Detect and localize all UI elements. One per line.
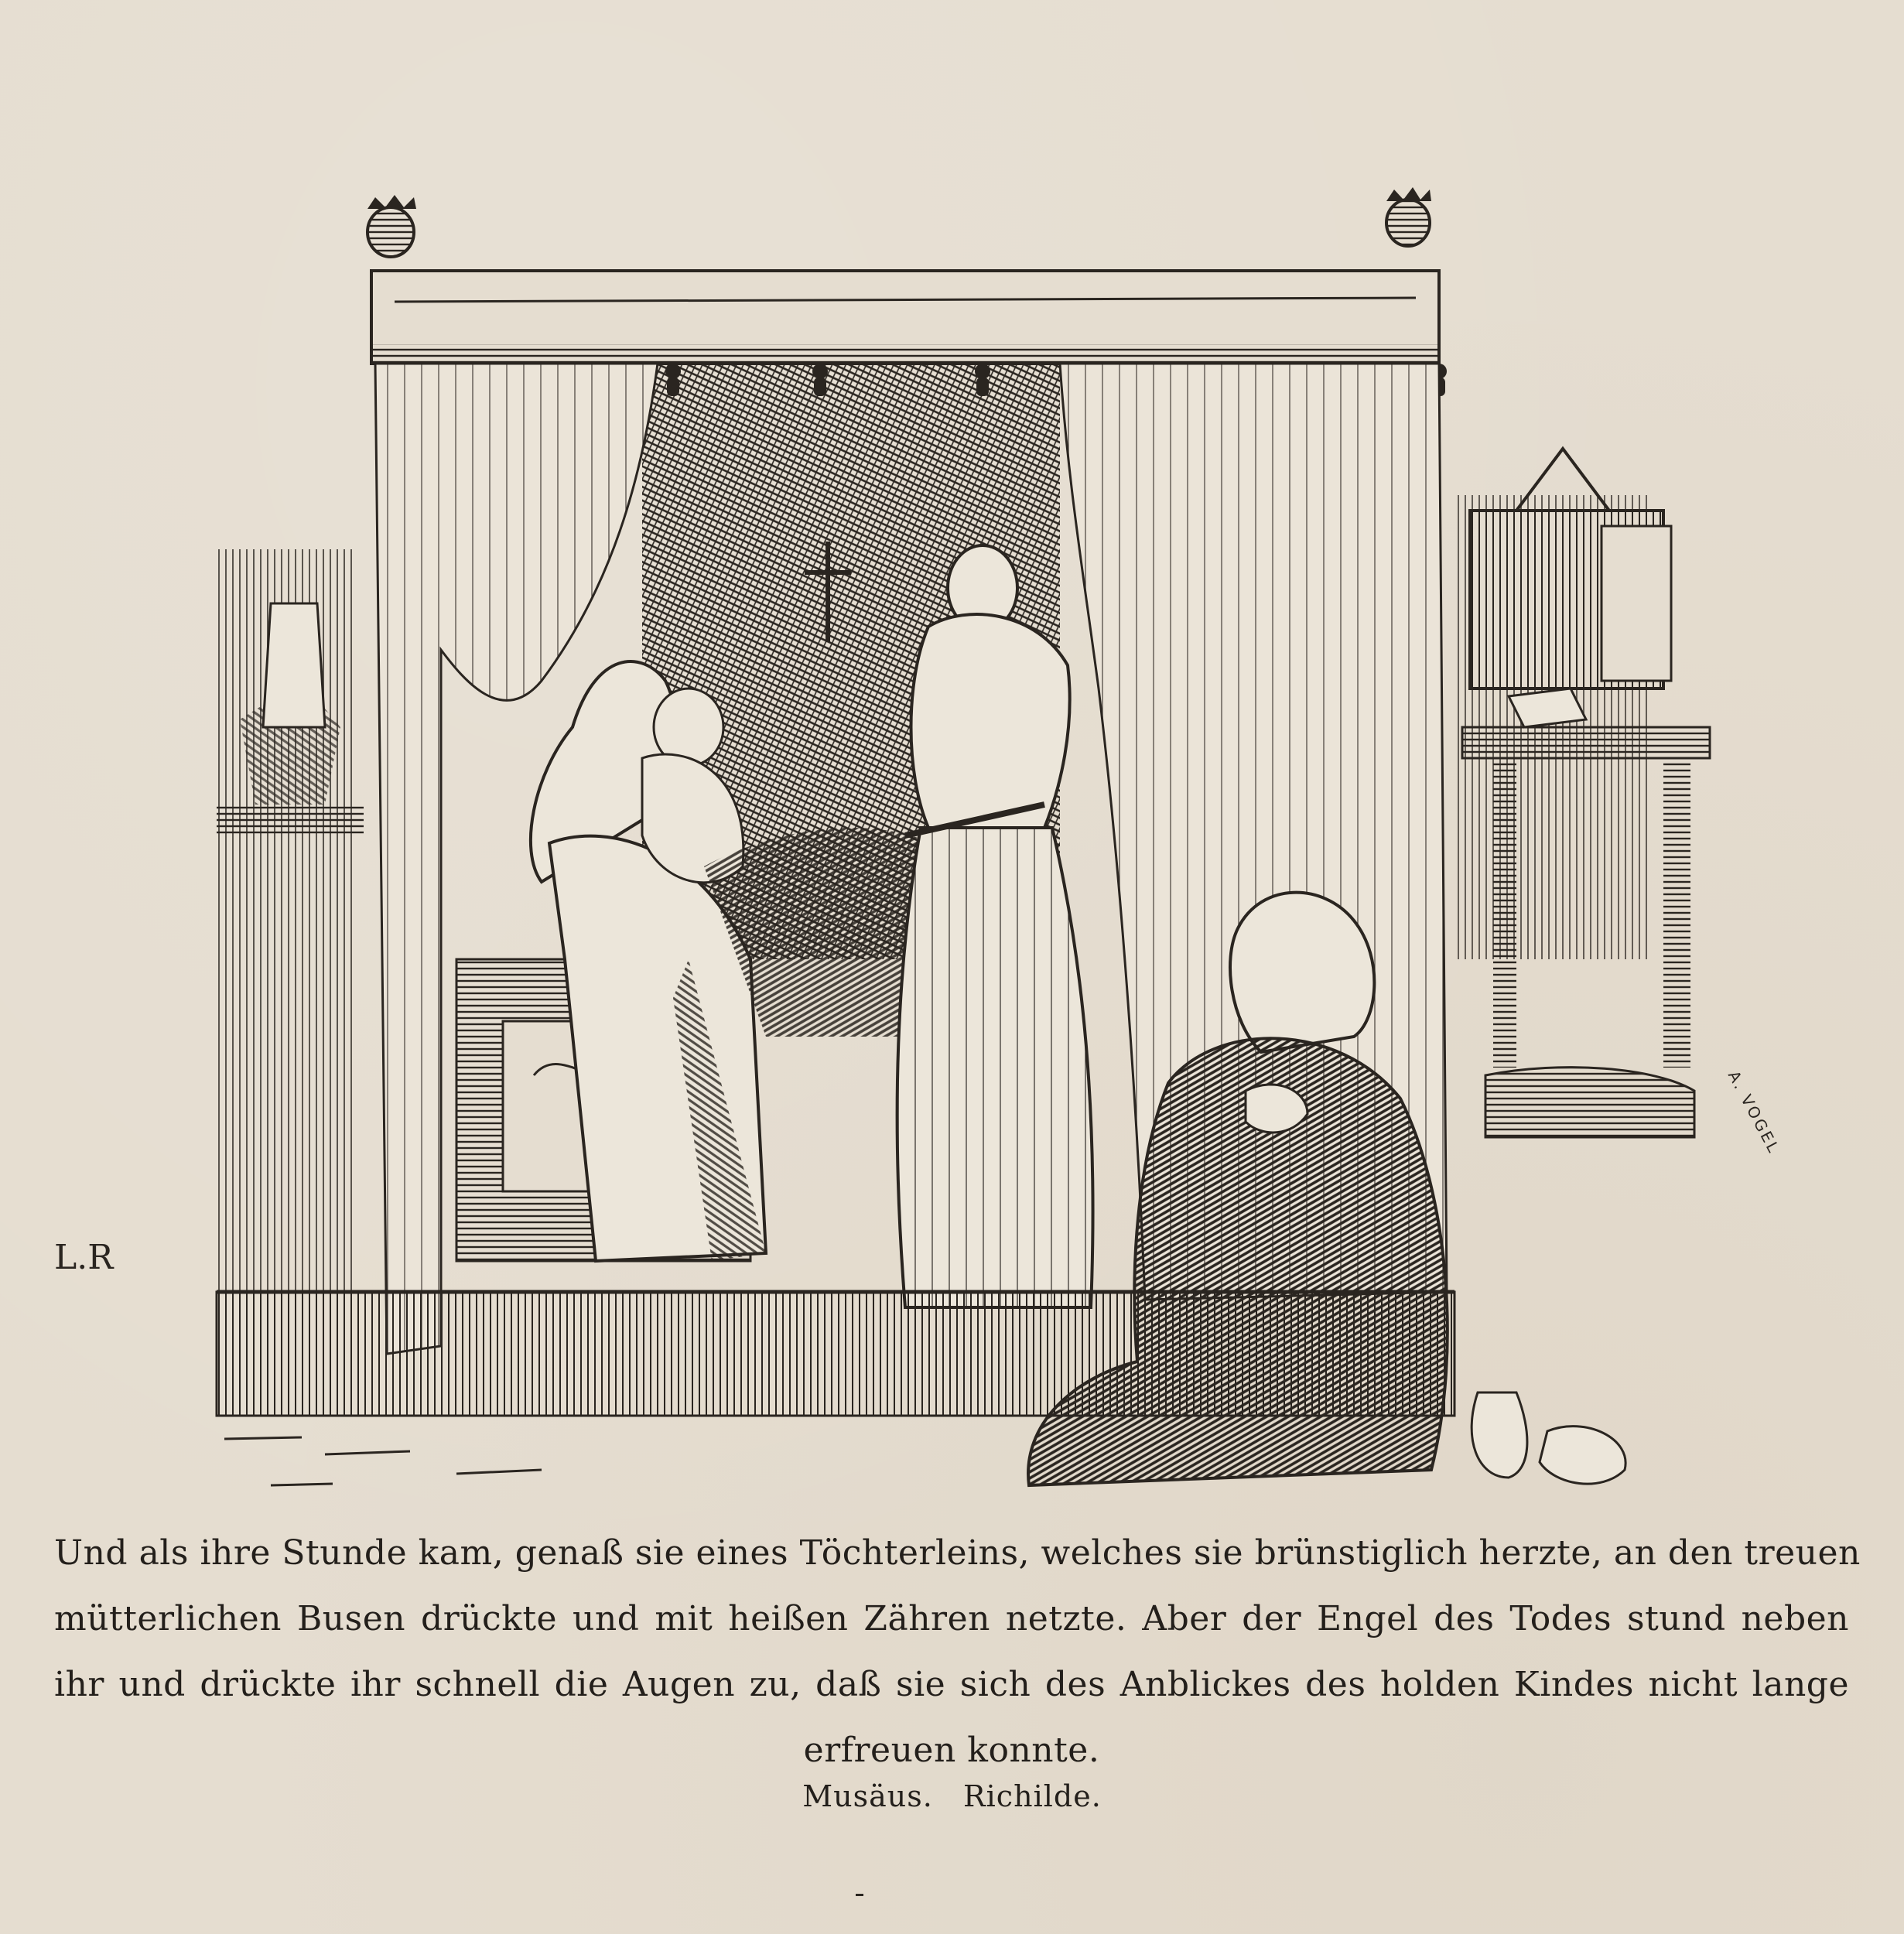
caption-text: Und als ihre Stunde kam, genaß sie eines… [54, 1520, 1849, 1783]
floor-strokes [224, 1437, 542, 1485]
table-leg-right [1663, 758, 1690, 1068]
page-mark-dash [856, 1894, 863, 1896]
altar-table-top [1462, 727, 1710, 758]
caption-line-3: ihr und drückte ihr schnell die Augen zu… [54, 1652, 1849, 1717]
source-attribution: Musäus. Richilde. [0, 1779, 1904, 1813]
wood-engraving-illustration [209, 186, 1834, 1501]
finial-right [1386, 187, 1431, 246]
pitcher [263, 603, 325, 727]
book-page: L.R A. VOGEL Und als ihre Stunde kam, ge… [0, 0, 1904, 1934]
caption-line-1: Und als ihre Stunde kam, genaß sie eines… [54, 1520, 1849, 1586]
attribution-author: Musäus. [802, 1779, 933, 1813]
table-leg-left [1493, 758, 1516, 1068]
floor-cloth [1540, 1427, 1625, 1484]
caption-line-2: mütterlichen Busen drückte und mit heiße… [54, 1586, 1849, 1652]
engraving-svg [209, 186, 1834, 1501]
footstool-cushion [1485, 1068, 1694, 1137]
floor-jug [1472, 1392, 1527, 1478]
engraver-signature-left: L.R [54, 1238, 113, 1277]
standing-woman [897, 545, 1093, 1307]
attribution-work: Richilde. [963, 1779, 1102, 1813]
caption-line-4: erfreuen konnte. [54, 1717, 1849, 1783]
canopy-beam-shadow [371, 344, 1439, 364]
finial-left [367, 195, 416, 257]
open-prayer-book [1509, 689, 1586, 727]
